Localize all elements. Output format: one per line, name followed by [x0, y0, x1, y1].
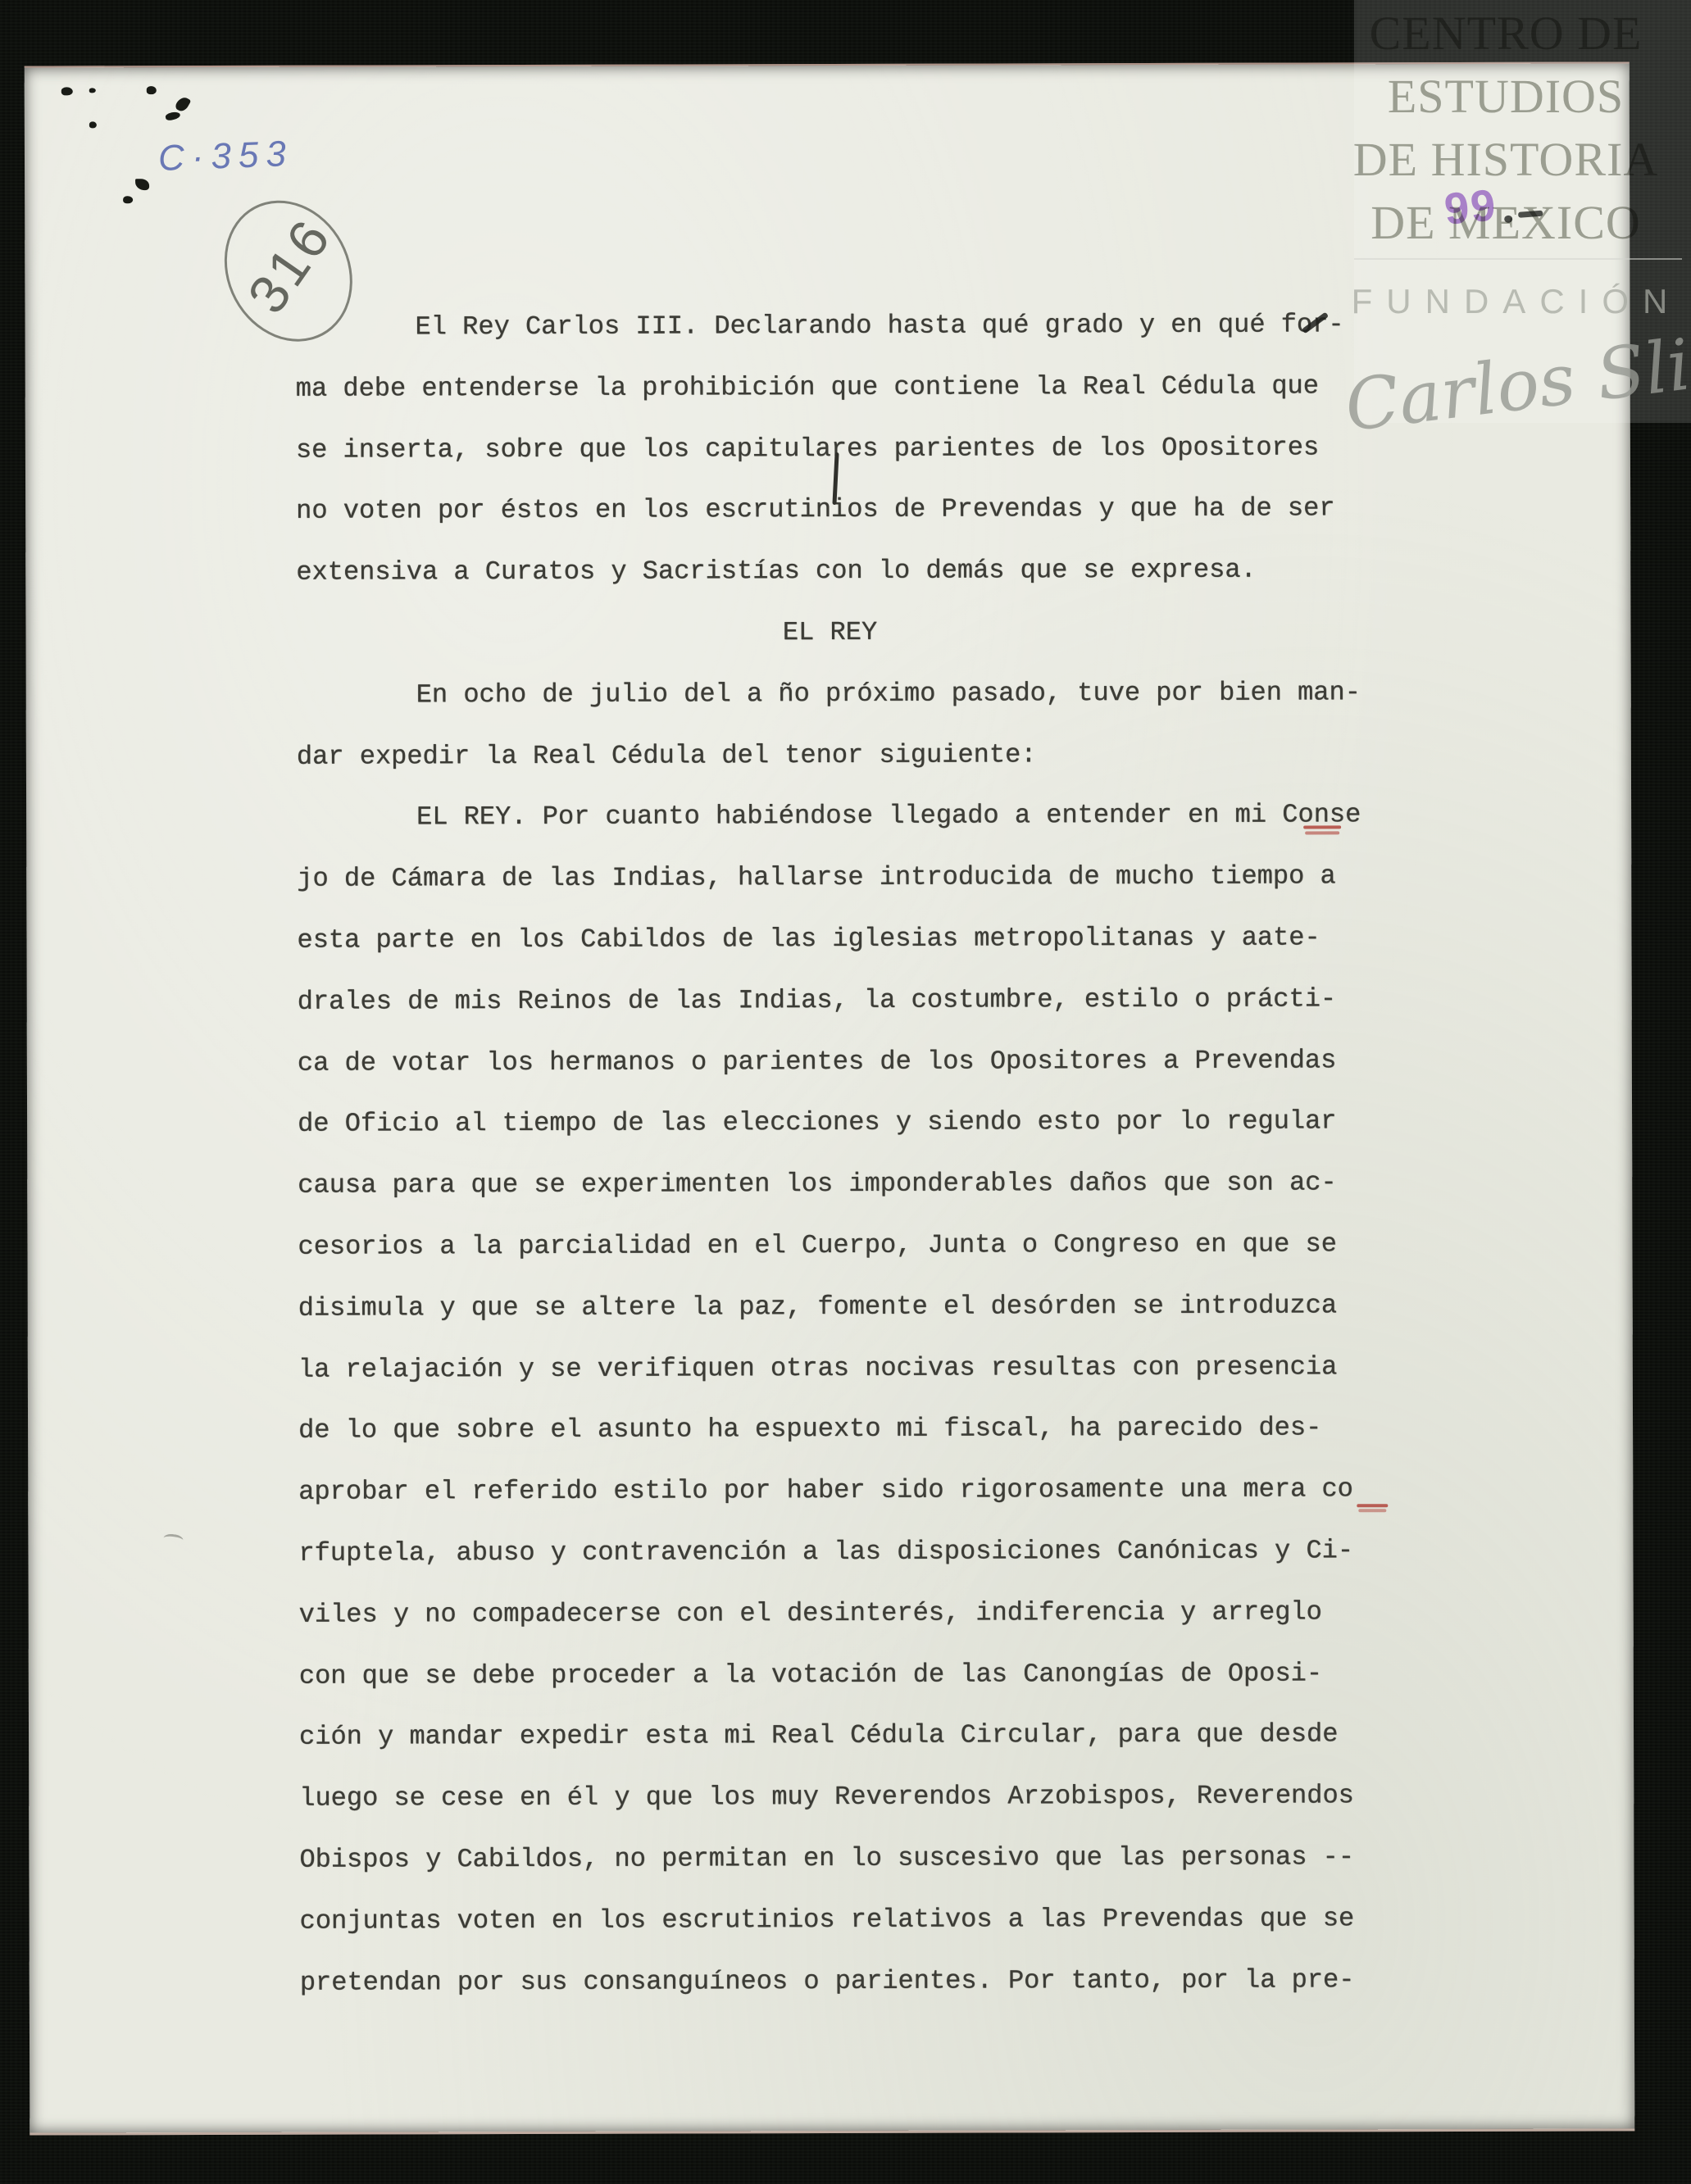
signature-watermark: Carlos Slim	[1336, 320, 1691, 451]
watermark-divider	[1354, 258, 1682, 260]
document-line: ca de votar los hermanos o parientes de …	[298, 1030, 1381, 1094]
foundation-watermark: FUNDACIÓN	[1344, 282, 1689, 321]
watermark-line: DE MEXICO	[1330, 191, 1682, 254]
document-line: causa para que se experimenten los impon…	[298, 1152, 1381, 1216]
document-line: aprobar el referido estilo por haber sid…	[298, 1459, 1382, 1523]
red-underline	[1357, 1504, 1388, 1507]
red-underline	[1305, 831, 1339, 834]
document-line: no voten por éstos en los escrutinios de…	[296, 479, 1380, 543]
document-line: de Oficio al tiempo de las elecciones y …	[298, 1092, 1381, 1156]
document-line: dar expedir la Real Cédula del tenor sig…	[297, 724, 1380, 788]
document-line: luego se cese en él y que los muy Revere…	[299, 1765, 1383, 1829]
document-line: ma debe entenderse la prohibición que co…	[296, 356, 1380, 420]
document-line: viles y no compadecerse con el desinteré…	[299, 1582, 1383, 1646]
document-line: disimula y que se altere la paz, fomente…	[298, 1275, 1382, 1339]
watermark-line: DE HISTORIA	[1330, 128, 1682, 191]
document-line: El Rey Carlos III. Declarando hasta qué …	[295, 294, 1379, 358]
typed-text-block: El Rey Carlos III. Declarando hasta qué …	[295, 294, 1383, 2014]
paper-speck	[123, 196, 133, 203]
document-line: ción y mandar expedir esta mi Real Cédul…	[299, 1705, 1383, 1769]
document-line: EL REY. Por cuanto habiéndose llegado a …	[297, 785, 1380, 849]
paper-speck	[135, 179, 149, 190]
document-line: esta parte en los Cabildos de las iglesi…	[297, 907, 1380, 971]
watermark-line: CENTRO DE	[1330, 2, 1682, 65]
paper-speck	[147, 86, 157, 94]
document-line: pretendan por sus consanguíneos o parien…	[300, 1950, 1384, 2014]
document-line: la relajación y se verifiquen otras noci…	[298, 1337, 1382, 1401]
document-line: cesorios a la parcialidad en el Cuerpo, …	[298, 1214, 1381, 1278]
document-line: con que se debe proceder a la votación d…	[299, 1643, 1383, 1707]
paper-speck	[165, 111, 180, 121]
document-line: jo de Cámara de las Indias, hallarse int…	[297, 846, 1380, 910]
paper-speck	[89, 88, 96, 93]
red-underline	[1358, 1509, 1386, 1512]
document-line: conjuntas voten en los escrutinios relat…	[300, 1888, 1384, 1952]
classification-code: C·353	[157, 134, 294, 179]
document-line: En ocho de julio del a ño próximo pasado…	[297, 662, 1380, 726]
document-line: EL REY	[296, 601, 1380, 665]
document-line: Obispos y Cabildos, no permitan en lo su…	[299, 1827, 1383, 1891]
paper-speck	[174, 95, 191, 114]
scan-viewport: C·353 316 99 El Rey Carlos III. Declaran…	[0, 0, 1691, 2184]
paper-speck	[89, 121, 97, 128]
document-line: rfuptela, abuso y contravención a las di…	[298, 1520, 1382, 1584]
signature-text: Carlos Slim	[1341, 320, 1691, 447]
document-line: de lo que sobre el asunto ha espuexto mi…	[298, 1398, 1382, 1462]
red-underline	[1303, 825, 1341, 829]
document-line: drales de mis Reinos de las Indias, la c…	[298, 969, 1381, 1033]
paper-speck	[61, 87, 73, 95]
document-line: extensiva a Curatos y Sacristías con lo …	[296, 539, 1380, 603]
pencil-squiggle-mark	[163, 1533, 184, 1546]
watermark-institution: CENTRO DE ESTUDIOS DE HISTORIA DE MEXICO	[1330, 2, 1682, 254]
watermark-line: ESTUDIOS	[1330, 65, 1682, 128]
